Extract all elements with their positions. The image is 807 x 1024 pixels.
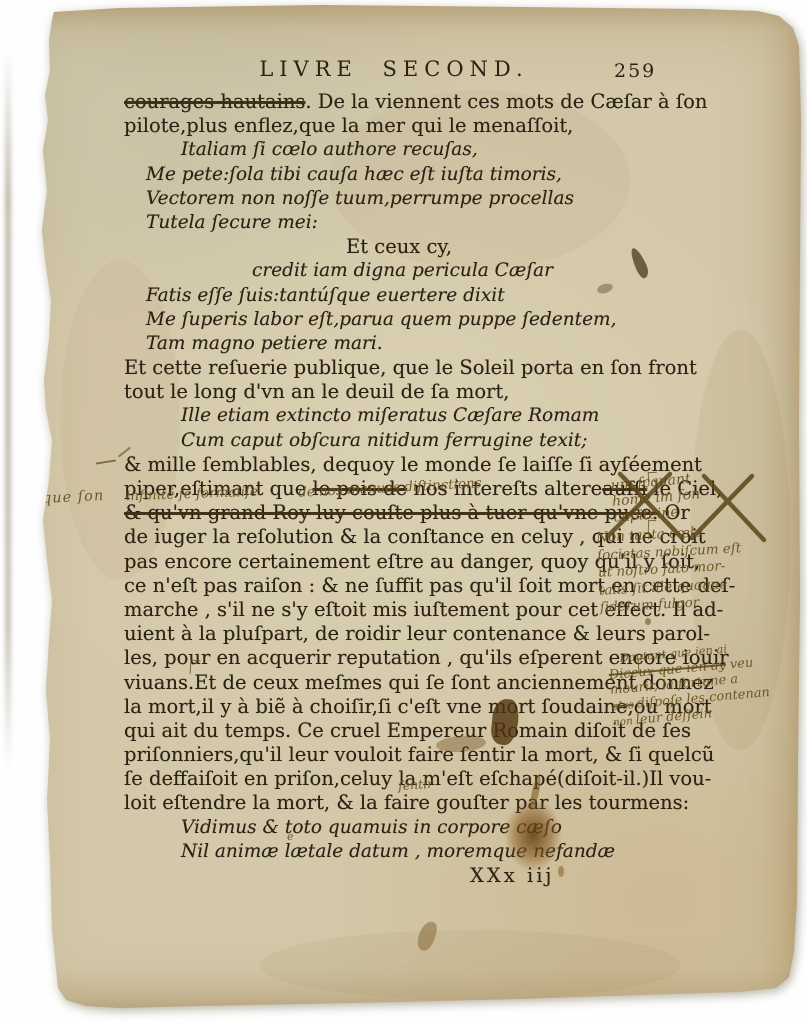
marginalia-addition: Dautant que ien ai Diceux que ien ay veu… — [607, 638, 772, 731]
interlinear-letale-correction: e — [287, 830, 294, 843]
foxing-patch — [260, 930, 680, 1000]
book-title: LIVRE SECOND. — [124, 57, 664, 81]
print-line: viuans.Et de ceux meſmes qui ſe ſont anc… — [124, 671, 669, 695]
print-line: pas encore certainement eſtre au danger,… — [124, 550, 669, 574]
insertion-caret — [648, 520, 656, 532]
print-text: Tam magno petiere mari. — [146, 333, 383, 354]
print-text: Vectorem non noſſe tuum,perrumpe procell… — [146, 188, 574, 209]
print-line: qui ait du temps. Ce cruel Empereur Roma… — [124, 719, 669, 743]
print-line: Vectorem non noſſe tuum,perrumpe procell… — [124, 187, 669, 211]
marginalia-latin-note: Non tanta cœloſocietas nobiſcum eſtut no… — [596, 522, 745, 617]
print-line: Tutela ſecure mei: — [124, 211, 669, 235]
print-line: & qu'vn grand Roy luy couſte plus à tuer… — [124, 501, 669, 525]
print-line: Nil animæ lætale datum , moremque nefand… — [124, 840, 669, 864]
struck-text: courages hautains — [124, 90, 305, 113]
print-text: Me pete:ſola tibi cauſa hæc eſt iuſta ti… — [146, 164, 562, 185]
print-line: courages hautains. De la viennent ces mo… — [124, 90, 669, 114]
print-line: de iuger la reſolution & la conſtance en… — [124, 525, 669, 549]
paper-page: LIVRE SECOND. 259 courages hautains. De … — [0, 0, 807, 1024]
print-line: uient à la pluſpart, de roidir leur cont… — [124, 622, 669, 646]
print-line: pilote,plus enflez,que la mer qui le men… — [124, 114, 669, 138]
scanned-book-page: LIVRE SECOND. 259 courages hautains. De … — [0, 0, 807, 1024]
print-line: Ille etiam extincto miſeratus Cæſare Rom… — [124, 404, 669, 428]
print-line: & mille ſemblables, dequoy le monde ſe l… — [124, 453, 669, 477]
print-line: ſe deffaiſoit en priſon,celuy la m'eſt e… — [124, 767, 669, 791]
addition-tail: veu — [729, 655, 754, 672]
print-text: loit eſtendre la mort, & la faire gouſte… — [124, 791, 689, 814]
insertion-caret — [190, 660, 201, 675]
print-text: Fatis eſſe ſuis:tantúſque euertere dixit — [146, 285, 505, 306]
print-text: Et cette reſuerie publique, que le Solei… — [124, 356, 697, 379]
print-line: la mort,il y à biẽ à choiſir,ſi c'eſt vn… — [124, 695, 669, 719]
running-header: LIVRE SECOND. — [124, 57, 664, 81]
print-line: Cum caput obſcura nitidum ferrugine texi… — [124, 429, 669, 453]
print-line: Italiam ſi cœlo authore recuſas, — [124, 138, 669, 162]
print-text: Et ceux cy, — [346, 235, 452, 258]
print-line: Et cette reſuerie publique, que le Solei… — [124, 356, 669, 380]
addition-small-struck: plus — [611, 698, 634, 712]
print-text: uient à la pluſpart, de roidir leur cont… — [124, 622, 710, 645]
print-text: Italiam ſi cœlo authore recuſas, — [181, 139, 478, 160]
page-number: 259 — [614, 60, 656, 82]
print-line: priſonniers,qu'il leur vouloit faire ſen… — [124, 743, 669, 767]
print-text: XXx iij — [470, 864, 554, 887]
print-line: Vidimus & toto quamuis in corpore cæſo — [124, 816, 669, 840]
print-line: les, pour en acquerir reputation , qu'il… — [124, 646, 669, 670]
print-text: Vidimus & toto quamuis in corpore cæſo — [181, 817, 562, 838]
print-text: priſonniers,qu'il leur vouloit faire ſen… — [124, 743, 714, 766]
print-text: . De la viennent ces mots de Cæſar à ſon — [305, 90, 707, 113]
print-text: qui ait du temps. Ce cruel Empereur Roma… — [124, 719, 691, 742]
struck-text: & qu'vn grand Roy luy couſte plus à tuer… — [124, 501, 658, 524]
insertion-caret — [638, 658, 649, 673]
addition-small-plain: non — [613, 715, 634, 729]
print-text: tout le long d'vn an le deuil de ſa mort… — [124, 380, 509, 403]
print-text: credit iam digna pericula Cæſar — [252, 260, 553, 281]
print-text: Nil animæ lætale datum , moremque nefand… — [181, 841, 615, 862]
print-line: Me ſuperis labor eſt,parua quem puppe ſe… — [124, 308, 669, 332]
print-line: tout le long d'vn an le deuil de ſa mort… — [124, 380, 669, 404]
print-line: Fatis eſſe ſuis:tantúſque euertere dixit — [124, 284, 669, 308]
print-line: loit eſtendre la mort, & la faire gouſte… — [124, 791, 669, 815]
print-line: XXx iij — [124, 864, 669, 888]
print-line: Et ceux cy, — [124, 235, 669, 259]
margin-dash-mark — [96, 459, 116, 464]
insertion-caret — [648, 472, 657, 484]
print-text: Me ſuperis labor eſt,parua quem puppe ſe… — [146, 309, 616, 330]
print-text: Cum caput obſcura nitidum ferrugine texi… — [181, 430, 587, 451]
marginalia-left-note: et que ſon — [20, 488, 105, 508]
print-line: ce n'eſt pas raiſon : & ne ſuffit pas qu… — [124, 574, 669, 598]
print-text: pilote,plus enflez,que la mer qui le men… — [124, 114, 573, 137]
interlinear-sentir: ſentir — [398, 776, 434, 793]
print-line: Tam magno petiere mari. — [124, 332, 669, 356]
print-text: Tutela ſecure mei: — [146, 212, 318, 233]
print-line: credit iam digna pericula Cæſar — [124, 259, 669, 283]
ink-stain — [415, 919, 439, 952]
print-line: marche , s'il ne s'y eſtoit mis iuſtemen… — [124, 598, 669, 622]
print-line: Me pete:ſola tibi cauſa hæc eſt iuſta ti… — [124, 163, 669, 187]
print-text: Ille etiam extincto miſeratus Cæſare Rom… — [181, 405, 599, 426]
